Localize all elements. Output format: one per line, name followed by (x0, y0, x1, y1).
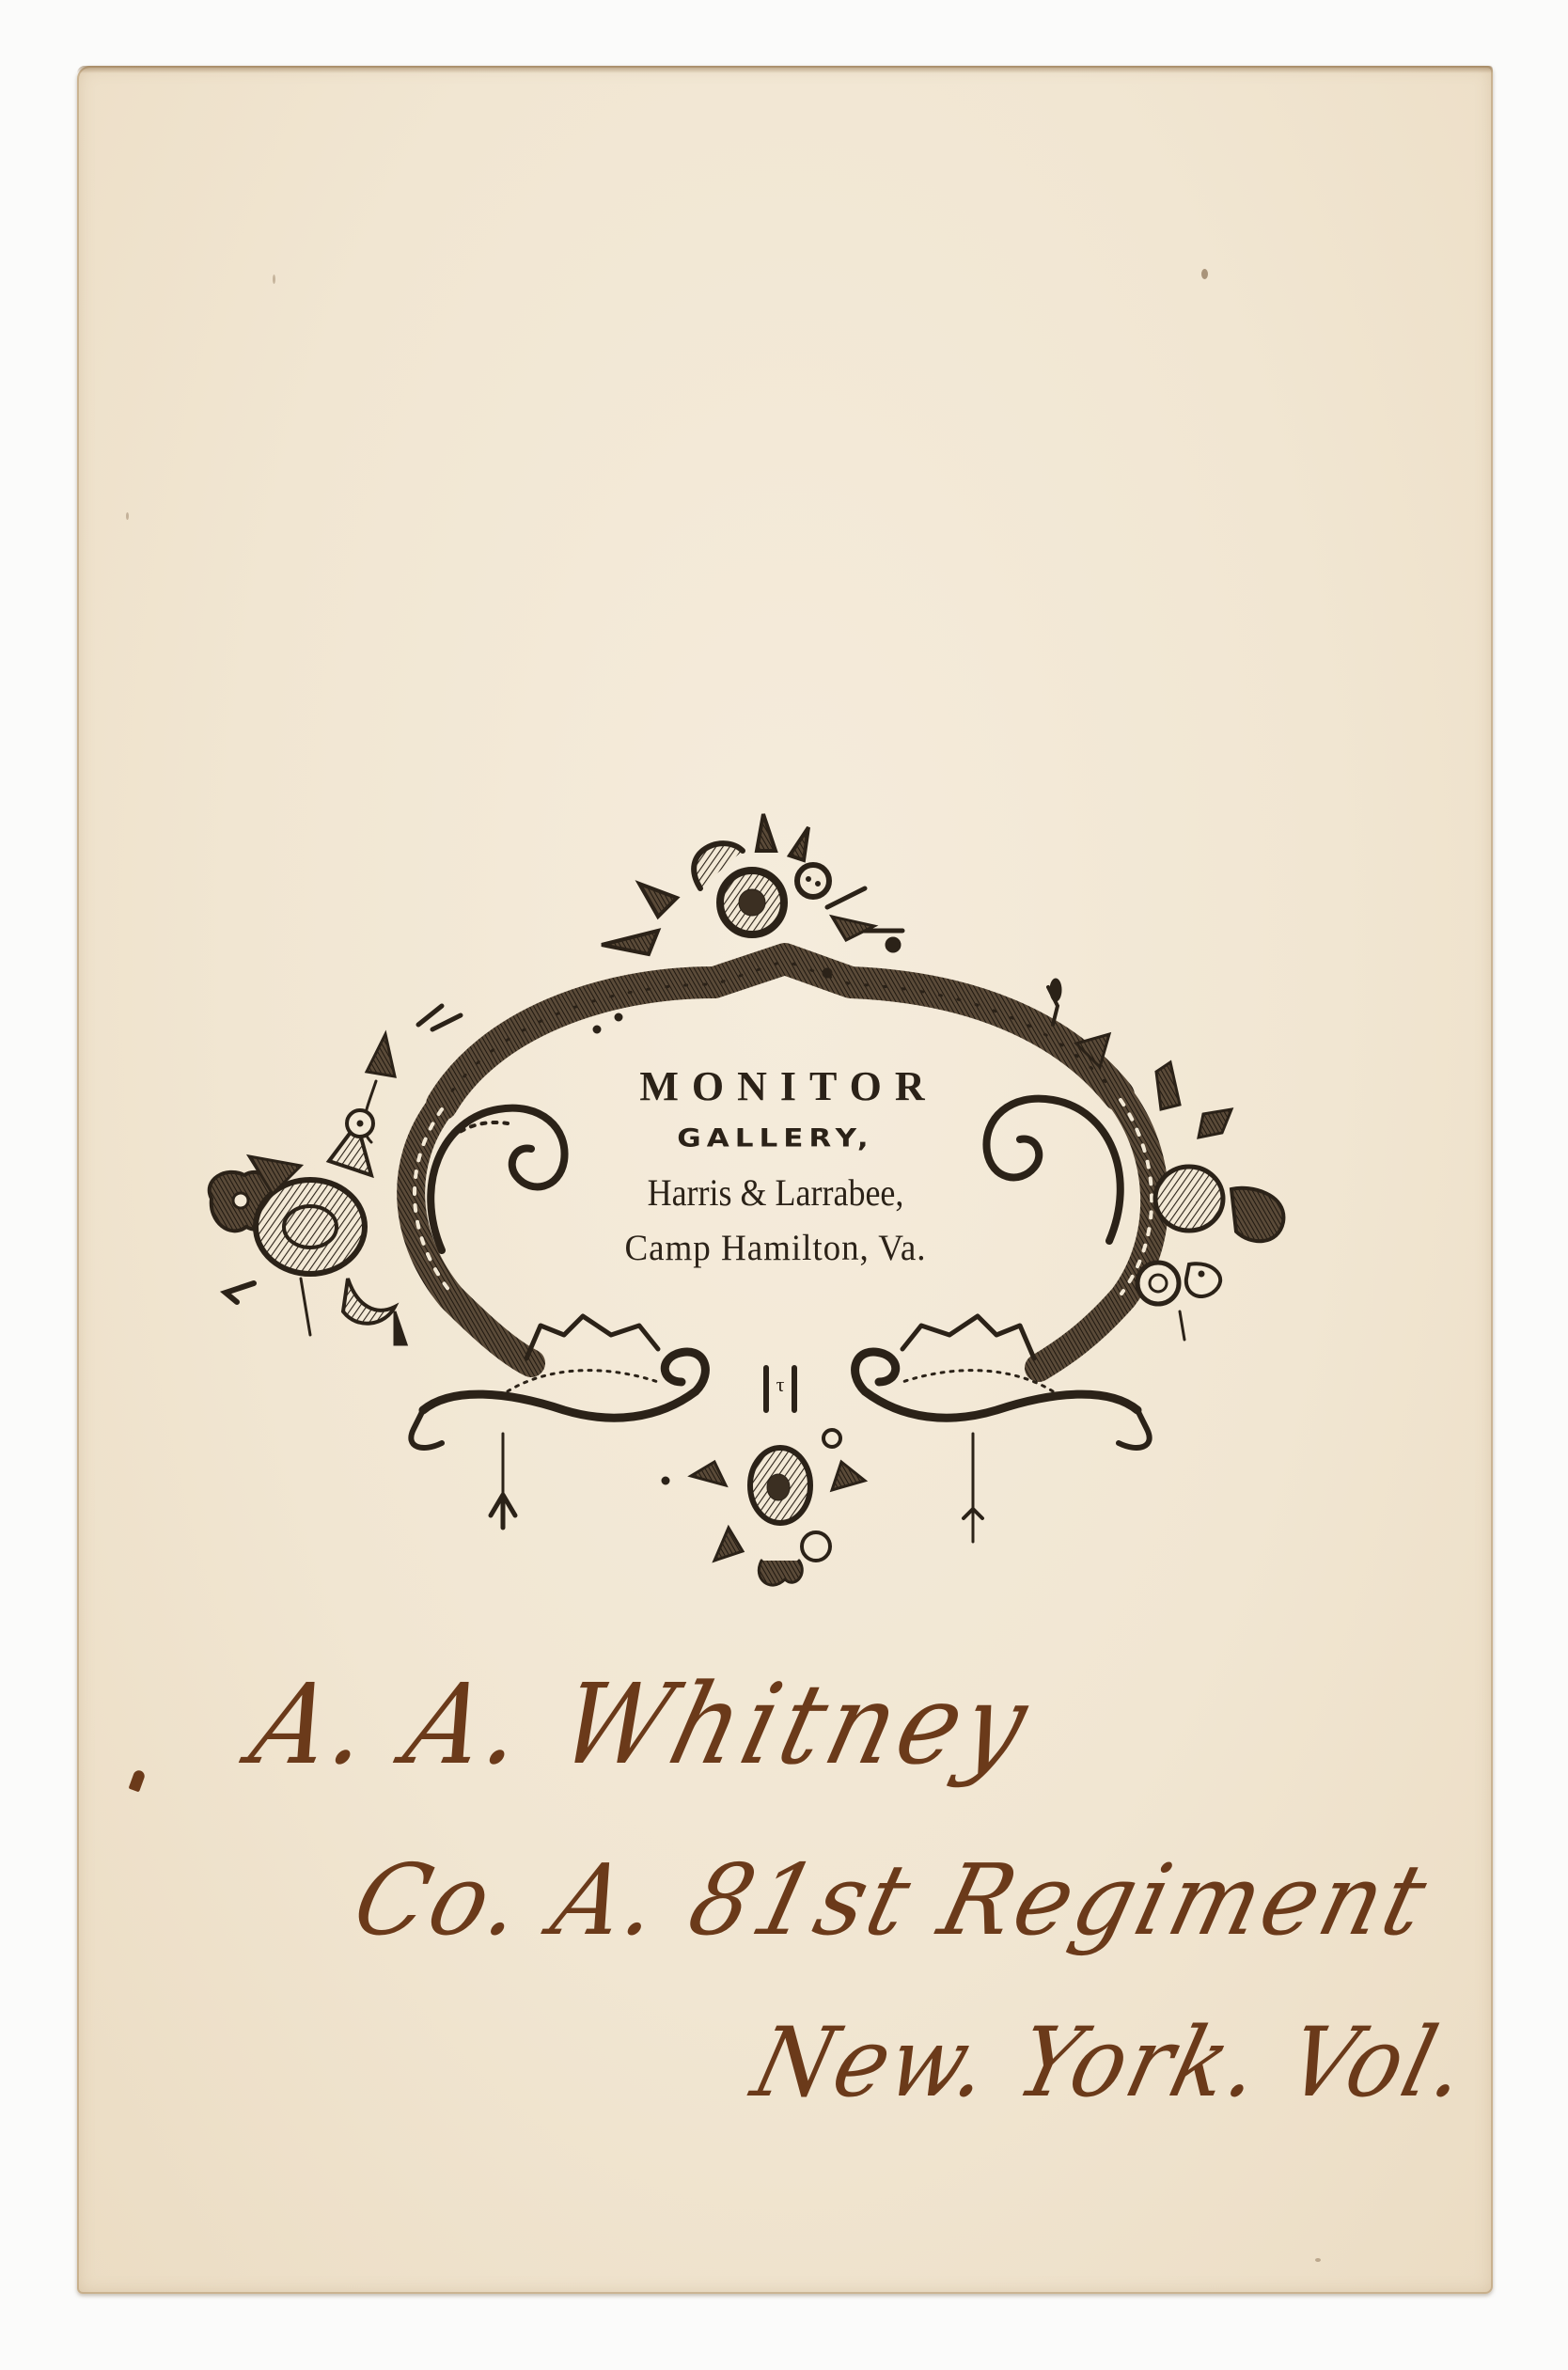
inscription-name: A. A. Whitney (240, 1659, 1044, 1789)
paper-speck (126, 512, 129, 520)
gallery-label: GALLERY, (489, 1124, 1062, 1154)
inscription-company-regiment: Co. A. 81st Regiment (343, 1843, 1440, 1957)
paper-speck (273, 275, 275, 284)
paper-speck (1315, 2258, 1321, 2262)
studio-name: MONITOR (489, 1062, 1075, 1110)
inscription-state: New. York. Vol. (743, 2007, 1481, 2119)
studio-location: Camp Hamilton, Va. (503, 1227, 1048, 1269)
proprietors: Harris & Larrabee, (518, 1170, 1034, 1215)
paper-speck (1201, 269, 1208, 279)
